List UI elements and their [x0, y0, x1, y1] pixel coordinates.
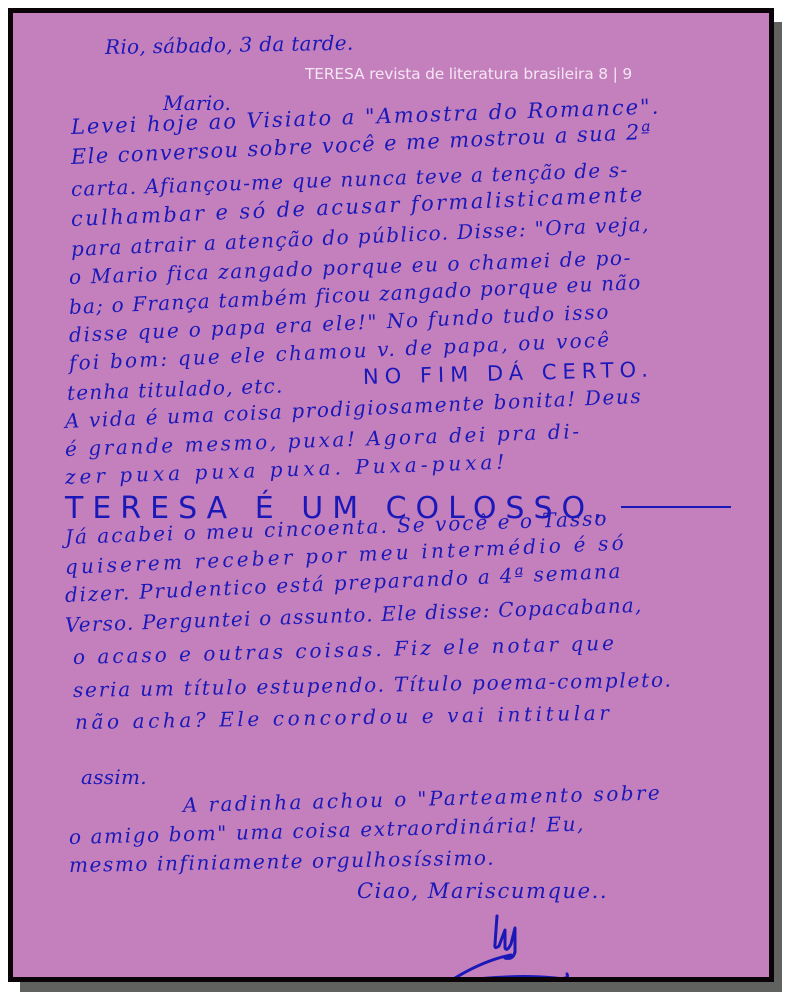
- letter-line: o amigo bom" uma coisa extraordinária! E…: [69, 811, 586, 849]
- letter-line: o acaso e outras coisas. Fiz ele notar q…: [73, 631, 618, 669]
- letter-closing: Ciao, Mariscumque..: [357, 879, 608, 903]
- letter-line: assim.: [81, 765, 147, 789]
- letter-line: seria um título estupendo. Título poema-…: [73, 668, 673, 702]
- headline-underline: [621, 506, 731, 508]
- letter-line: mesmo infiniamente orgulhosíssimo.: [69, 846, 496, 877]
- letter-line: não acha? Ele concordou e vai intitular: [75, 701, 613, 734]
- letter-dateline: Rio, sábado, 3 da tarde.: [105, 31, 354, 59]
- signature-icon: [445, 908, 605, 982]
- letter-line: A radinha achou o "Parteamento sobre: [183, 780, 663, 817]
- journal-header: TERESA revista de literatura brasileira …: [305, 65, 632, 83]
- letter-page: TERESA revista de literatura brasileira …: [8, 8, 774, 982]
